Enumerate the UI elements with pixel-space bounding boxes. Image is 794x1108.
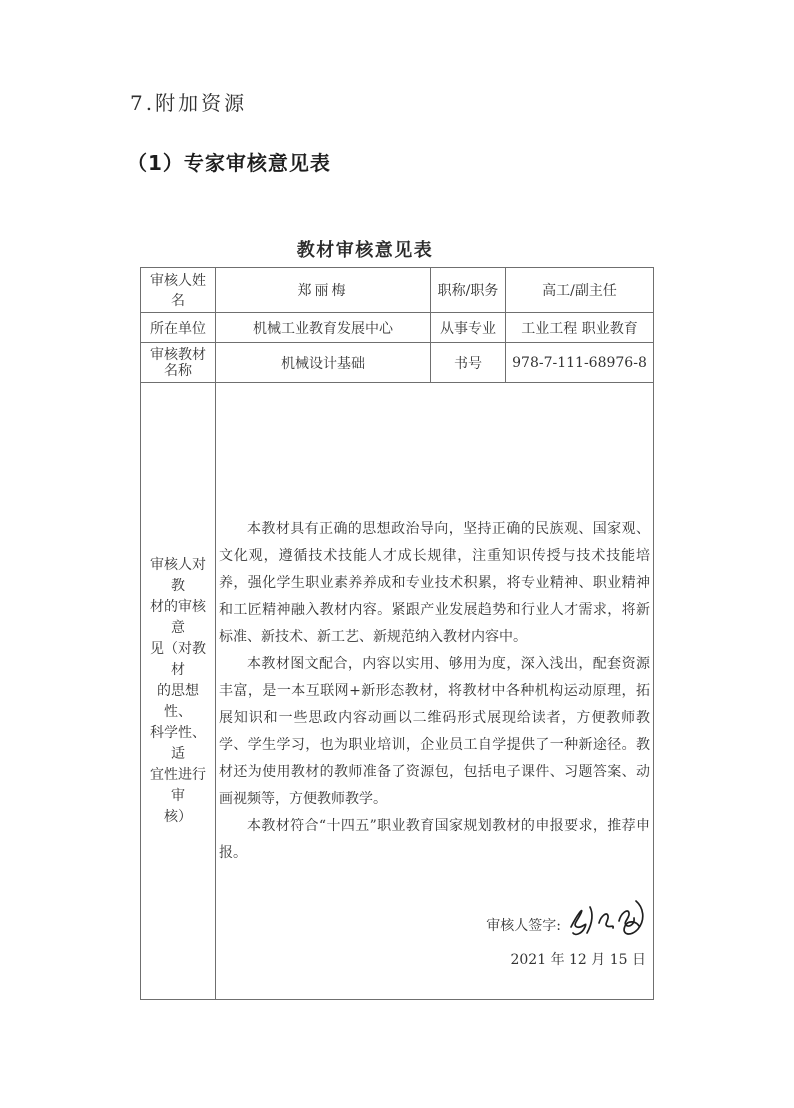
table-row-textbook: 审核教材 名称 机械设计基础 书号 978-7-111-68976-8: [141, 343, 654, 383]
table-row-unit: 所在单位 机械工业教育发展中心 从事专业 工业工程 职业教育: [141, 313, 654, 343]
subsection-heading: （1）专家审核意见表: [127, 147, 331, 176]
profession-value: 工业工程 职业教育: [506, 313, 654, 343]
review-paragraph-2: 本教材图文配合，内容以实用、够用为度，深入浅出，配套资源丰富，是一本互联网+新形…: [219, 651, 650, 813]
review-paragraph-3: 本教材符合“十四五”职业教育国家规划教材的申报要求，推荐申报。: [219, 813, 650, 867]
signature-row: 审核人签字:: [486, 892, 648, 944]
document-page: 7.附加资源 （1）专家审核意见表 教材审核意见表 审核人姓名 郑丽梅 职称/职…: [0, 0, 794, 1108]
work-unit-value: 机械工业教育发展中心: [216, 313, 431, 343]
signature-area: 审核人签字:: [486, 892, 648, 969]
reviewer-name-label: 审核人姓名: [141, 268, 216, 313]
handwritten-signature: [564, 892, 648, 944]
review-opinion-label: 审核人对教 材的审核意 见（对教材 的思想性、 科学性、适 宜性进行审 核）: [141, 383, 216, 1000]
title-position-value: 高工/副主任: [506, 268, 654, 313]
textbook-name-value: 机械设计基础: [216, 343, 431, 383]
signature-date: 2021 年 12 月 15 日: [486, 949, 648, 969]
table-row-review-opinion: 审核人对教 材的审核意 见（对教材 的思想性、 科学性、适 宜性进行审 核） 本…: [141, 383, 654, 1000]
isbn-value: 978-7-111-68976-8: [506, 343, 654, 383]
isbn-label: 书号: [431, 343, 506, 383]
profession-label: 从事专业: [431, 313, 506, 343]
table-row-reviewer: 审核人姓名 郑丽梅 职称/职务 高工/副主任: [141, 268, 654, 313]
textbook-name-label: 审核教材 名称: [141, 343, 216, 383]
form-title: 教材审核意见表: [140, 236, 590, 262]
title-position-label: 职称/职务: [431, 268, 506, 313]
reviewer-name-value: 郑丽梅: [216, 268, 431, 313]
review-opinion-cell: 本教材具有正确的思想政治导向，坚持正确的民族观、国家观、文化观，遵循技术技能人才…: [216, 383, 654, 1000]
review-form-table: 审核人姓名 郑丽梅 职称/职务 高工/副主任 所在单位 机械工业教育发展中心 从…: [140, 267, 654, 1000]
review-paragraph-1: 本教材具有正确的思想政治导向，坚持正确的民族观、国家观、文化观，遵循技术技能人才…: [219, 516, 650, 651]
work-unit-label: 所在单位: [141, 313, 216, 343]
section-heading: 7.附加资源: [130, 87, 247, 116]
signature-label: 审核人签字:: [486, 915, 561, 944]
